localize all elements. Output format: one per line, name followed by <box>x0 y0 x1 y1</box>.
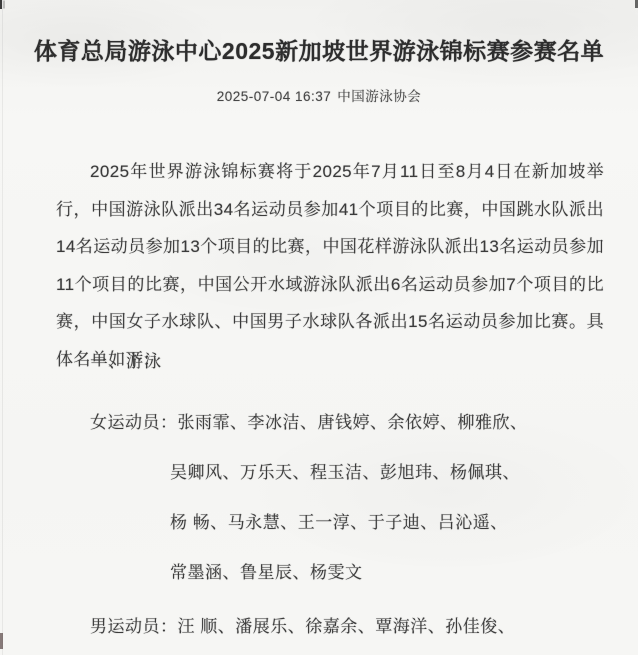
women-label: 女运动员： <box>90 413 178 432</box>
men-names: 汪 顺、潘展乐、徐嘉余、覃海洋、孙佳俊、 <box>178 617 516 636</box>
men-roster: 男运动员：汪 顺、潘展乐、徐嘉余、覃海洋、孙佳俊、 <box>90 602 515 652</box>
women-roster: 女运动员：张雨霏、李冰洁、唐钱婷、余依婷、柳雅欣、 吴卿风、万乐天、程玉洁、彭旭… <box>90 398 528 598</box>
scan-artifact-top-left <box>0 0 2 9</box>
page-title: 体育总局游泳中心2025新加坡世界游泳锦标赛参赛名单 <box>20 34 618 68</box>
publish-timestamp: 2025-07-04 16:37 <box>217 89 332 104</box>
men-label: 男运动员： <box>90 617 178 636</box>
men-roster-line: 男运动员：汪 顺、潘展乐、徐嘉余、覃海洋、孙佳俊、 <box>90 602 515 652</box>
section-heading-swimming: 一、游泳 <box>90 344 162 380</box>
women-roster-line: 女运动员：张雨霏、李冰洁、唐钱婷、余依婷、柳雅欣、 <box>90 398 528 448</box>
women-names: 杨 畅、马永慧、王一淳、于子迪、吕沁遥、 <box>90 498 528 548</box>
publisher-name: 中国游泳协会 <box>337 89 421 104</box>
scan-artifact-bottom-left <box>0 633 3 649</box>
document-photo: 体育总局游泳中心2025新加坡世界游泳锦标赛参赛名单 2025-07-04 16… <box>0 0 638 655</box>
women-names: 张雨霏、李冰洁、唐钱婷、余依婷、柳雅欣、 <box>178 413 528 432</box>
women-names: 常墨涵、鲁星辰、杨雯文 <box>90 548 528 598</box>
meta-line: 2025-07-04 16:37中国游泳协会 <box>0 87 638 106</box>
women-names: 吴卿风、万乐天、程玉洁、彭旭玮、杨佩琪、 <box>90 448 528 498</box>
